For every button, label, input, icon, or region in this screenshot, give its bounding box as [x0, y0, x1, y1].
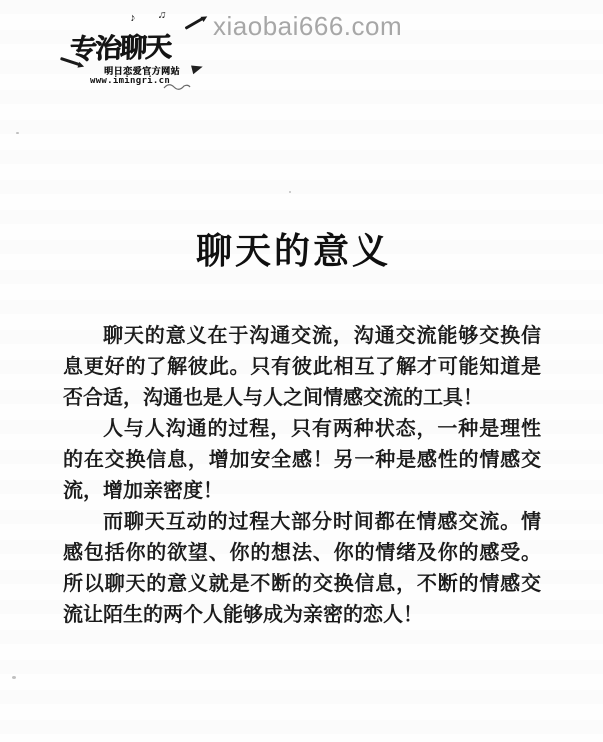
page-title: 聊天的意义 — [0, 223, 595, 274]
squiggle-doodle-icon — [162, 80, 192, 92]
scan-speck — [16, 132, 19, 134]
music-note-icon: ♪ — [129, 12, 137, 25]
logo-wordmark: 专治聊天 — [69, 25, 170, 67]
paper-plane-icon — [191, 63, 204, 74]
logo-url: www.imingri.cn — [90, 76, 170, 86]
paragraph: 聊天的意义在于沟通交流，沟通交流能够交换信息更好的了解彼此。只有彼此相互了解才可… — [63, 321, 541, 414]
paragraph: 人与人沟通的过程，只有两种状态，一种是理性的在交换信息，增加安全感！另一种是感性… — [63, 414, 541, 507]
body-text: 聊天的意义在于沟通交流，沟通交流能够交换信息更好的了解彼此。只有彼此相互了解才可… — [63, 321, 541, 631]
scan-speck — [12, 676, 16, 679]
scanned-page: ♪ ♫ 专治聊天 明日恋爱官方网站 www.imingri.cn xiaobai… — [0, 0, 603, 742]
music-note-icon: ♫ — [157, 8, 167, 21]
pencil-doodle-icon — [185, 17, 204, 30]
watermark-text: xiaobai666.com — [213, 11, 402, 42]
site-logo: ♪ ♫ 专治聊天 明日恋爱官方网站 www.imingri.cn — [66, 14, 206, 98]
scan-speck — [289, 191, 291, 193]
paragraph: 而聊天互动的过程大部分时间都在情感交流。情感包括你的欲望、你的想法、你的情绪及你… — [63, 507, 541, 631]
